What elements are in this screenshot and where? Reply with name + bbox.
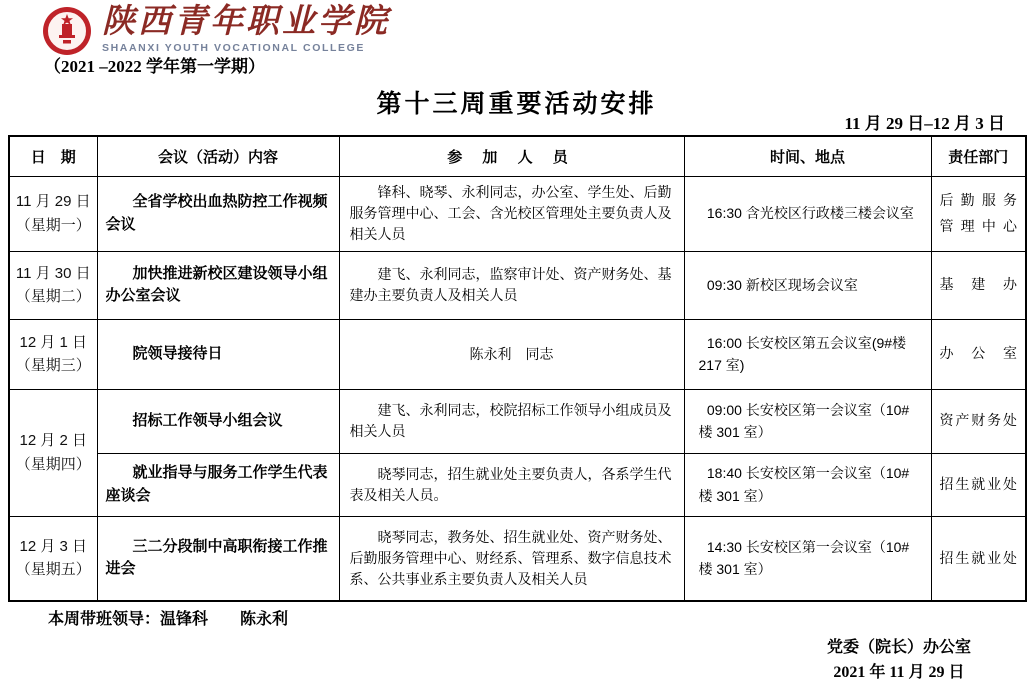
column-header-content: 会议（活动）内容: [97, 136, 339, 176]
column-header-time-place: 时间、地点: [684, 136, 931, 176]
semester-label: （2021 –2022 学年第一学期）: [44, 52, 265, 77]
college-seal-logo: [42, 6, 92, 56]
cell-time-place: 18:40 长安校区第一会议室（10#楼 301 室）: [684, 453, 931, 516]
cell-participants: 晓琴同志，教务处、招生就业处、资产财务处、后勤服务管理中心、财经系、管理系、数字…: [339, 516, 684, 601]
cell-time-place: 09:00 长安校区第一会议室（10#楼 301 室）: [684, 389, 931, 453]
college-name-cn: 陕西青年职业学院: [102, 6, 390, 39]
cell-time-place: 16:00 长安校区第五会议室(9#楼 217 室): [684, 319, 931, 389]
issuer-office: 党委（院长）办公室: [827, 636, 971, 661]
cell-activity: 全省学校出血热防控工作视频会议: [97, 176, 339, 251]
cell-dept: 招生就业处: [931, 516, 1026, 601]
table-row: 就业指导与服务工作学生代表座谈会 晓琴同志，招生就业处主要负责人，各系学生代表及…: [9, 453, 1026, 516]
column-header-dept: 责任部门: [931, 136, 1026, 176]
table-row: 12 月 1 日 （星期三） 院领导接待日 陈永利 同志 16:00 长安校区第…: [9, 319, 1026, 389]
cell-time-place: 14:30 长安校区第一会议室（10#楼 301 室）: [684, 516, 931, 601]
cell-dept: 后勤服务 管理中心: [931, 176, 1026, 251]
cell-time-place: 16:30 含光校区行政楼三楼会议室: [684, 176, 931, 251]
cell-dept: 基建办: [931, 251, 1026, 319]
cell-dept: 办公室: [931, 319, 1026, 389]
table-header-row: 日 期 会议（活动）内容 参 加 人 员 时间、地点 责任部门: [9, 136, 1026, 176]
cell-date: 11 月 29 日 （星期一）: [9, 176, 97, 251]
cell-participants: 建飞、永利同志，校院招标工作领导小组成员及相关人员: [339, 389, 684, 453]
table-row: 12 月 3 日 （星期五） 三二分段制中高职衔接工作推进会 晓琴同志，教务处、…: [9, 516, 1026, 601]
cell-activity: 就业指导与服务工作学生代表座谈会: [97, 453, 339, 516]
duty-leaders-line: 本周带班领导：温锋科 陈永利: [48, 606, 288, 629]
table-row: 11 月 30 日 （星期二） 加快推进新校区建设领导小组办公室会议 建飞、永利…: [9, 251, 1026, 319]
cell-activity: 加快推进新校区建设领导小组办公室会议: [97, 251, 339, 319]
cell-date: 11 月 30 日 （星期二）: [9, 251, 97, 319]
issuer-block: 党委（院长）办公室 2021 年 11 月 29 日: [827, 636, 971, 681]
cell-date: 12 月 2 日 （星期四）: [9, 389, 97, 516]
table-row: 11 月 29 日 （星期一） 全省学校出血热防控工作视频会议 锋科、晓琴、永利…: [9, 176, 1026, 251]
cell-date: 12 月 1 日 （星期三）: [9, 319, 97, 389]
column-header-date: 日 期: [9, 136, 97, 176]
cell-participants: 建飞、永利同志，监察审计处、资产财务处、基建办主要负责人及相关人员: [339, 251, 684, 319]
column-header-participants: 参 加 人 员: [339, 136, 684, 176]
cell-activity: 三二分段制中高职衔接工作推进会: [97, 516, 339, 601]
week-date-range: 11 月 29 日–12 月 3 日: [844, 109, 1005, 134]
cell-dept: 资产财务处: [931, 389, 1026, 453]
cell-participants: 陈永利 同志: [339, 319, 684, 389]
college-header: 陕西青年职业学院 SHAANXI YOUTH VOCATIONAL COLLEG…: [42, 6, 390, 56]
cell-participants: 晓琴同志，招生就业处主要负责人，各系学生代表及相关人员。: [339, 453, 684, 516]
cell-participants: 锋科、晓琴、永利同志，办公室、学生处、后勤服务管理中心、工会、含光校区管理处主要…: [339, 176, 684, 251]
table-row: 12 月 2 日 （星期四） 招标工作领导小组会议 建飞、永利同志，校院招标工作…: [9, 389, 1026, 453]
weekly-schedule-table: 日 期 会议（活动）内容 参 加 人 员 时间、地点 责任部门 11 月 29 …: [8, 135, 1027, 602]
cell-dept: 招生就业处: [931, 453, 1026, 516]
cell-date: 12 月 3 日 （星期五）: [9, 516, 97, 601]
cell-time-place: 09:30 新校区现场会议室: [684, 251, 931, 319]
cell-activity: 招标工作领导小组会议: [97, 389, 339, 453]
issue-date: 2021 年 11 月 29 日: [827, 661, 971, 681]
cell-activity: 院领导接待日: [97, 319, 339, 389]
